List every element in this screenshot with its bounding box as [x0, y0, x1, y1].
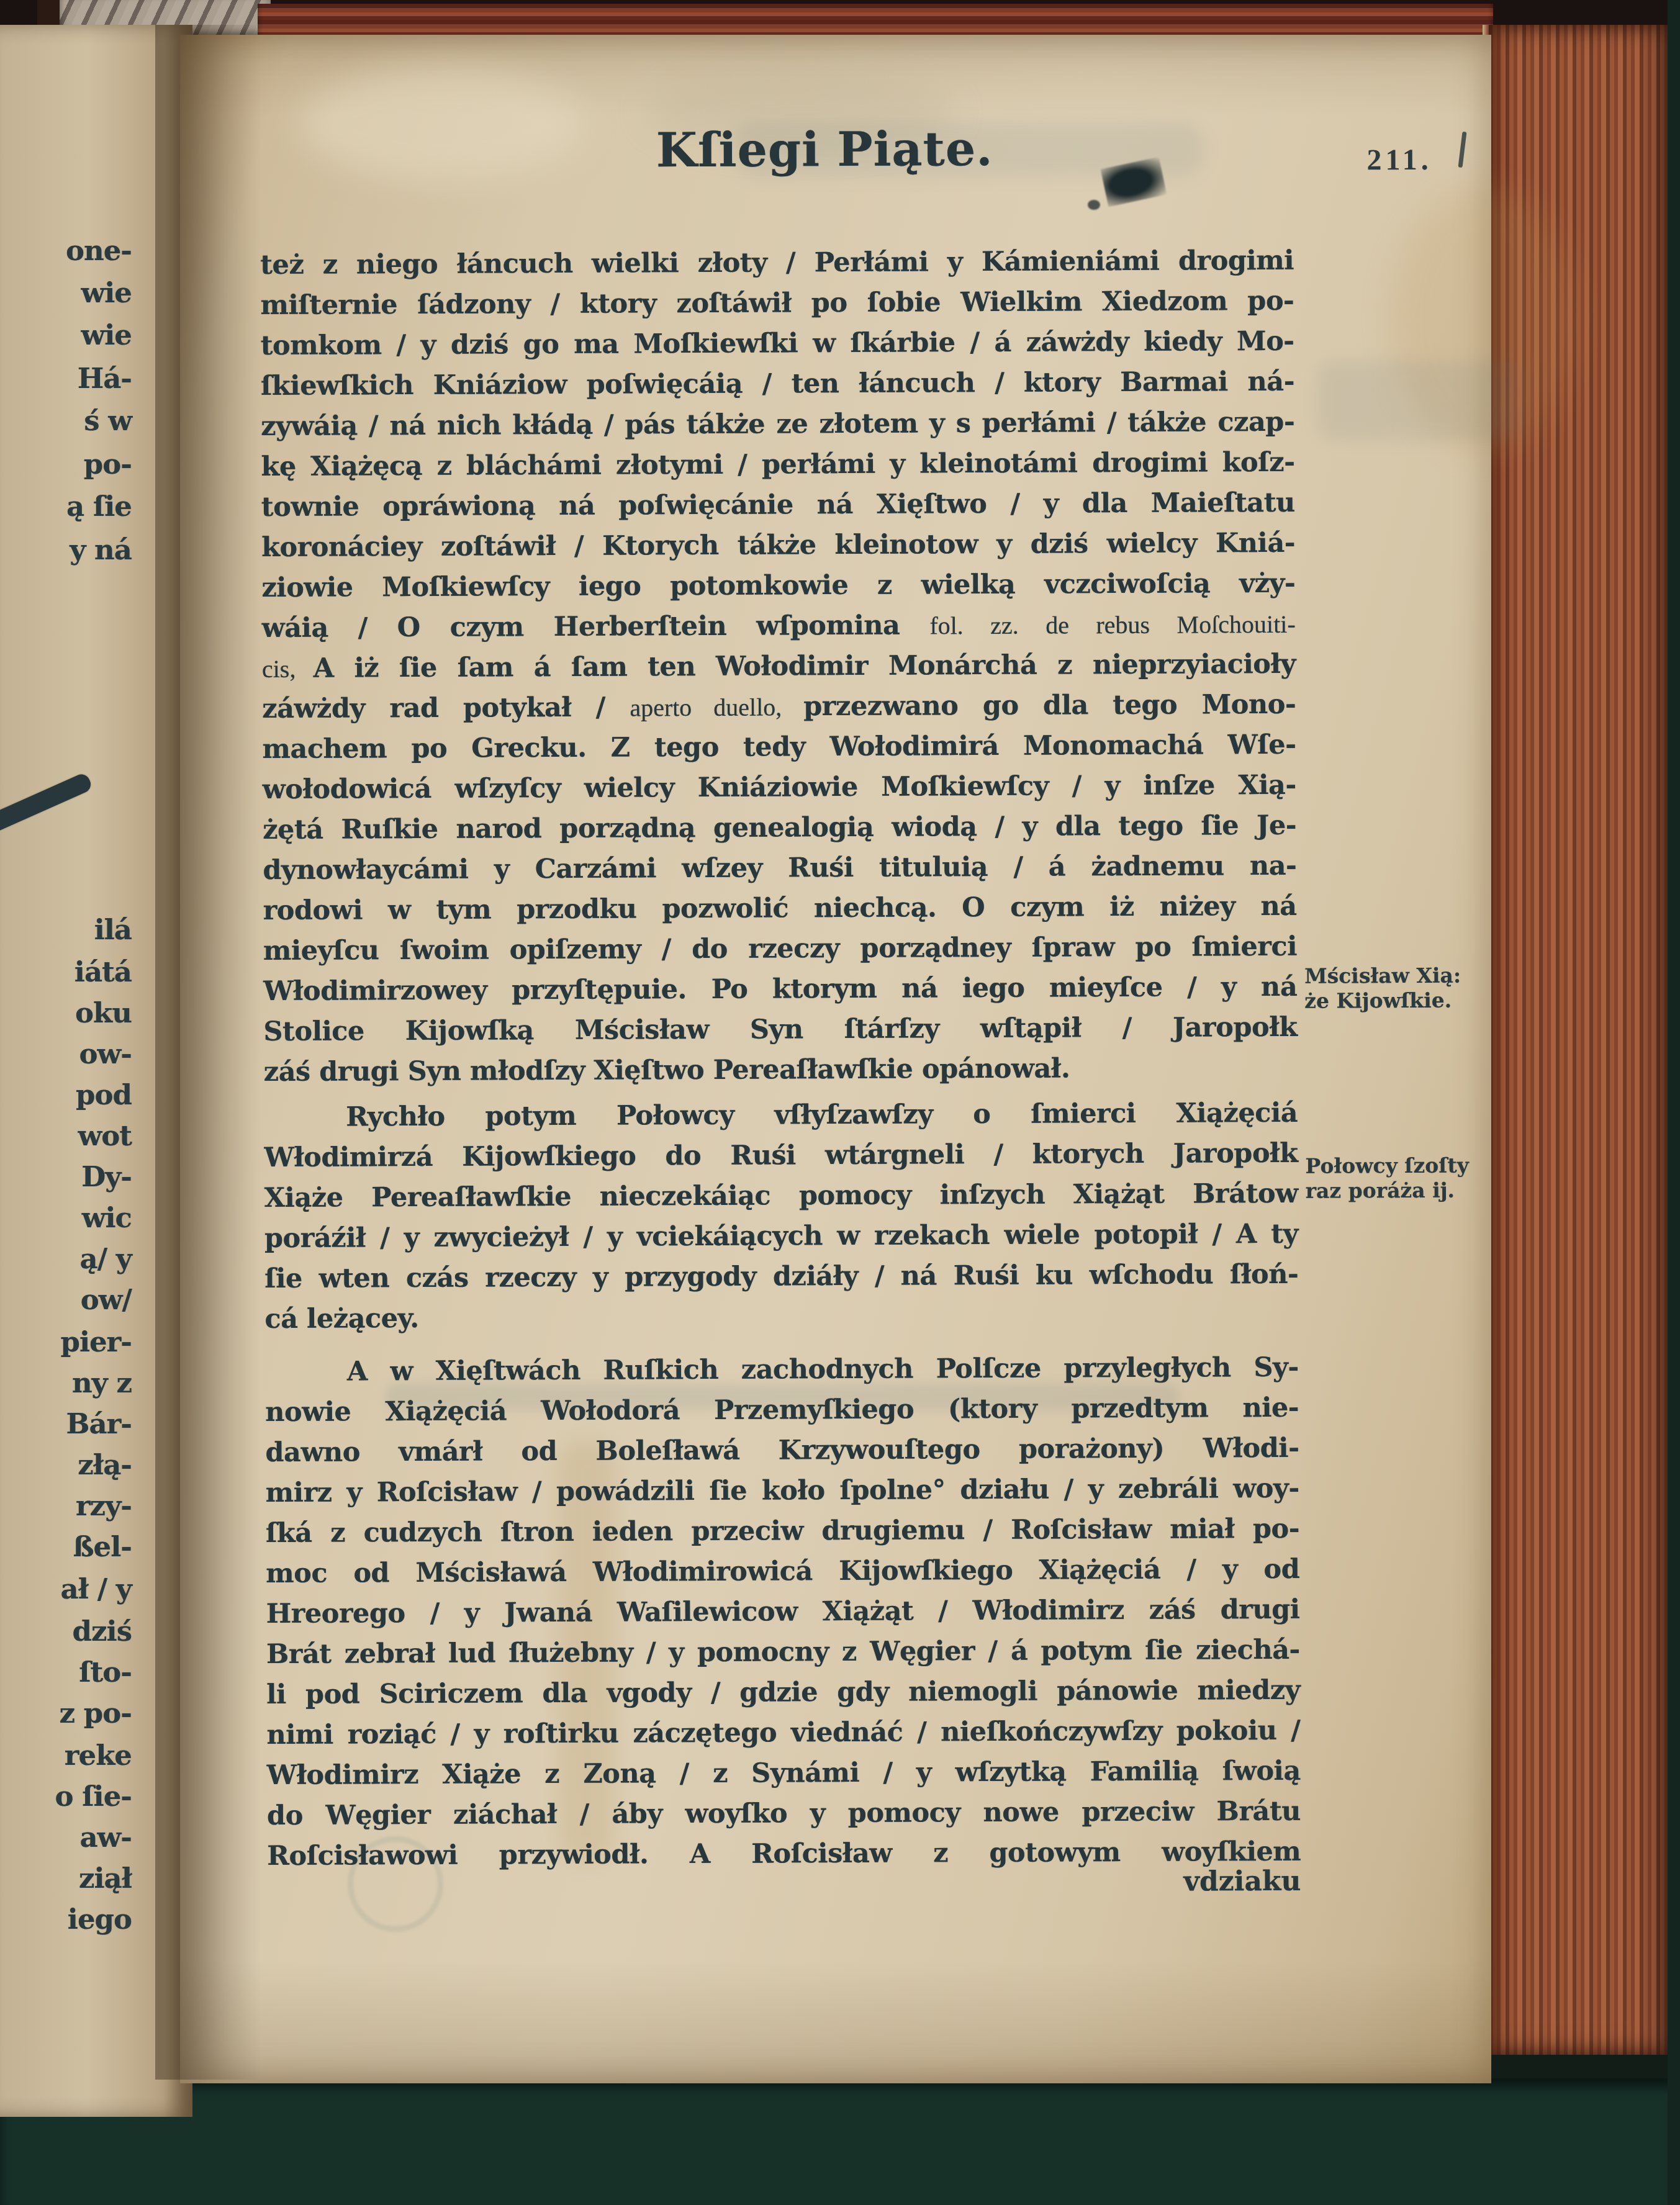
blackletter-segment: Hreorego / y Jwaná Waſilewicow Xiążąt / … — [266, 1594, 1299, 1630]
margin-note-line: Połowcy ſzoſty — [1305, 1153, 1510, 1178]
text-line: A w Xięſtwách Ruſkich zachodnych Polſcze… — [265, 1348, 1299, 1393]
blackletter-segment: Stolice Kijowſką Mścisław Syn ſtárſzy wſ… — [263, 1012, 1297, 1047]
blackletter-segment: Rychło potym Połowcy vſłyſzawſzy o ſmier… — [346, 1098, 1298, 1133]
blackletter-segment: też z niego łáncuch wielki złoty / Perłá… — [260, 245, 1294, 281]
text-line: cis, A iż ſie ſam á ſam ten Wołodimir Mo… — [262, 645, 1296, 690]
running-header: Kſiegi Piąte. — [601, 121, 1048, 178]
blackletter-segment: wáią / O czym Herberſtein wſpomina — [262, 610, 930, 644]
text-line: koronáciey zoſtáwił / Ktorych tákże klei… — [261, 524, 1295, 569]
text-line: dynowłaycámi y Carzámi wſzey Ruśi titulu… — [263, 847, 1296, 891]
text-line: nowie Xiążęciá Wołodorá Przemyſkiego (kt… — [265, 1389, 1299, 1433]
blackletter-segment: li pod Sciriczem dla vgody / gdzie gdy n… — [266, 1675, 1300, 1710]
text-line: wáią / O czym Herberſtein wſpomina fol. … — [262, 605, 1296, 649]
blackletter-segment: machem po Grecku. Z tego tedy Wołodimirá… — [262, 729, 1296, 765]
blackletter-segment: koronáciey zoſtáwił / Ktorych tákże klei… — [261, 528, 1295, 563]
blackletter-segment: Włodimirzowey przyſtępuie. Po ktorym ná … — [263, 972, 1297, 1007]
text-line: ſkiewſkich Kniáziow poſwięcáią / ten łán… — [261, 363, 1294, 407]
text-line: ziowie Moſkiewſcy iego potomkowie z wiel… — [261, 564, 1295, 609]
text-line: kę Xiążęcą z bláchámi złotymi / perłámi … — [261, 443, 1294, 488]
blackletter-segment: do Węgier ziáchał / áby woyſko y pomocy … — [267, 1796, 1301, 1831]
blackletter-segment: nowie Xiążęciá Wołodorá Przemyſkiego (kt… — [265, 1392, 1299, 1428]
text-line: żętá Ruſkie narod porządną genealogią wi… — [263, 806, 1296, 851]
margin-note-line: że Kijowſkie. — [1304, 988, 1509, 1013]
text-line: li pod Sciriczem dla vgody / gdzie gdy n… — [266, 1671, 1300, 1716]
text-line: do Węgier ziáchał / áby woyſko y pomocy … — [267, 1792, 1301, 1837]
text-line: dawno vmárł od Boleſławá Krzywouſtego po… — [265, 1429, 1299, 1474]
blackletter-segment: cá leżącey. — [264, 1303, 418, 1335]
text-line: Xiąże Pereaſławſkie nieczekáiąc pomocy i… — [264, 1175, 1298, 1219]
blackletter-segment: kę Xiążęcą z bláchámi złotymi / perłámi … — [261, 447, 1294, 482]
text-line: tomkom / y dziś go ma Moſkiewſki w ſkárb… — [261, 322, 1294, 367]
main-text-block: też z niego łáncuch wielki złoty / Perłá… — [260, 241, 1301, 1877]
text-line: zywáią / ná nich kłádą / pás tákże ze zł… — [261, 403, 1294, 448]
text-line: ſká z cudzych ſtron ieden przeciw drugie… — [266, 1510, 1299, 1554]
blackletter-segment: dynowłaycámi y Carzámi wſzey Ruśi titulu… — [263, 850, 1296, 886]
blackletter-segment: záwżdy rad potykał / — [262, 692, 630, 724]
text-line: wołodowicá wſzyſcy wielcy Kniáziowie Moſ… — [263, 766, 1296, 811]
blackletter-segment: dawno vmárł od Boleſławá Krzywouſtego po… — [265, 1433, 1299, 1468]
blackletter-segment: tomkom / y dziś go ma Moſkiewſki w ſkárb… — [261, 326, 1294, 361]
blackletter-segment: poráźił / y zwycieżył / y vciekáiących w… — [264, 1219, 1298, 1254]
text-line: záwżdy rad potykał / aperto duello, prze… — [262, 685, 1296, 730]
text-line: mirz y Roſcisław / powádzili ſie koło ſp… — [266, 1469, 1299, 1514]
text-line: Stolice Kijowſką Mścisław Syn ſtárſzy wſ… — [263, 1008, 1297, 1053]
catchword: vdziaku — [996, 1865, 1301, 1898]
text-line: Włodimirz Xiąże z Zoną / z Synámi / y wſ… — [267, 1752, 1301, 1797]
roman-type-segment: fol. zz. de rebus Moſchouiti- — [929, 610, 1295, 640]
text-line: poráźił / y zwycieżył / y vciekáiących w… — [264, 1215, 1298, 1260]
blackletter-segment: mieyſcu ſwoim opiſzemy / do rzeczy porzą… — [263, 931, 1297, 967]
text-line: mieyſcu ſwoim opiſzemy / do rzeczy porzą… — [263, 927, 1297, 972]
blackletter-segment: wołodowicá wſzyſcy wielcy Kniáziowie Moſ… — [263, 770, 1296, 805]
text-line: Włodimirzá Kijowſkiego do Ruśi wtárgneli… — [264, 1134, 1298, 1179]
page-number: 211. — [1366, 143, 1432, 177]
blackletter-segment: moc od Mścisławá Włodimirowicá Kijowſkie… — [266, 1554, 1299, 1589]
text-line: też z niego łáncuch wielki złoty / Perłá… — [260, 241, 1294, 286]
text-line: nimi roziąć / y roſtirku záczętego viedn… — [266, 1711, 1300, 1756]
text-line: ſie wten czás rzeczy y przygody dziáły /… — [264, 1255, 1298, 1300]
text-line: Hreorego / y Jwaná Waſilewicow Xiążąt / … — [266, 1590, 1299, 1635]
margin-note-line: Mścisław Xią: — [1304, 963, 1509, 988]
scanned-book-page: one-wiewieHá-ś wpo-ą ſiey náiláiátáokuow… — [0, 0, 1680, 2205]
blackletter-segment: zywáią / ná nich kłádą / pás tákże ze zł… — [261, 407, 1294, 442]
roman-type-segment: aperto duello, — [630, 693, 803, 721]
text-line: Brát zebrał lud ſłużebny / y pomocny z W… — [266, 1631, 1300, 1675]
blackletter-segment: Włodimirzá Kijowſkiego do Ruśi wtárgneli… — [264, 1138, 1298, 1173]
blackletter-segment: ziowie Moſkiewſcy iego potomkowie z wiel… — [261, 568, 1295, 603]
roman-type-segment: cis, — [262, 655, 314, 683]
text-line: townie opráwioną ná poſwięcánie ná Xięſt… — [261, 484, 1295, 528]
blackletter-segment: przezwano go dla tego Mono- — [803, 689, 1296, 722]
blackletter-segment: záś drugi Syn młodſzy Xięſtwo Pereaſławſ… — [264, 1053, 1070, 1088]
blackletter-segment: Włodimirz Xiąże z Zoną / z Synámi / y wſ… — [267, 1756, 1301, 1791]
blackletter-segment: mirz y Roſcisław / powádzili ſie koło ſp… — [266, 1473, 1299, 1508]
text-line: miſternie ſádzony / ktory zoſtáwił po ſo… — [260, 282, 1294, 327]
blackletter-segment: ſie wten czás rzeczy y przygody dziáły /… — [264, 1259, 1298, 1294]
blackletter-segment: żętá Ruſkie narod porządną genealogią wi… — [263, 810, 1296, 845]
margin-note: Połowcy ſzoſtyraz poráża ij. — [1305, 1153, 1510, 1203]
blackletter-segment: Brát zebrał lud ſłużebny / y pomocny z W… — [266, 1635, 1300, 1670]
blackletter-segment: rodowi w tym przodku pozwolić niechcą. O… — [263, 891, 1297, 926]
blackletter-segment: townie opráwioną ná poſwięcánie ná Xięſt… — [261, 487, 1295, 523]
text-line: záś drugi Syn młodſzy Xięſtwo Pereaſławſ… — [264, 1048, 1298, 1093]
blackletter-segment: ſká z cudzych ſtron ieden przeciw drugie… — [266, 1513, 1299, 1549]
text-line: cá leżącey. — [264, 1296, 1298, 1340]
margin-note: Mścisław Xią:że Kijowſkie. — [1304, 963, 1509, 1013]
text-line: machem po Grecku. Z tego tedy Wołodimirá… — [262, 726, 1296, 770]
text-line: moc od Mścisławá Włodimirowicá Kijowſkie… — [266, 1550, 1299, 1595]
text-line: Rychło potym Połowcy vſłyſzawſzy o ſmier… — [264, 1094, 1298, 1139]
blackletter-segment: miſternie ſádzony / ktory zoſtáwił po ſo… — [260, 286, 1294, 321]
blackletter-segment: A iż ſie ſam á ſam ten Wołodimir Monárch… — [314, 649, 1296, 684]
blackletter-segment: Xiąże Pereaſławſkie nieczekáiąc pomocy i… — [264, 1178, 1298, 1214]
text-line: rodowi w tym przodku pozwolić niechcą. O… — [263, 887, 1297, 932]
blackletter-segment: ſkiewſkich Kniáziow poſwięcáią / ten łán… — [261, 366, 1294, 402]
blackletter-segment: nimi roziąć / y roſtirku záczętego viedn… — [266, 1715, 1300, 1751]
printed-content: Kſiegi Piąte. 211. też z niego łáncuch w… — [0, 0, 1680, 2205]
text-line: Włodimirzowey przyſtępuie. Po ktorym ná … — [263, 968, 1297, 1012]
blackletter-segment: A w Xięſtwách Ruſkich zachodnych Polſcze… — [347, 1352, 1299, 1387]
margin-note-line: raz poráża ij. — [1306, 1178, 1511, 1203]
